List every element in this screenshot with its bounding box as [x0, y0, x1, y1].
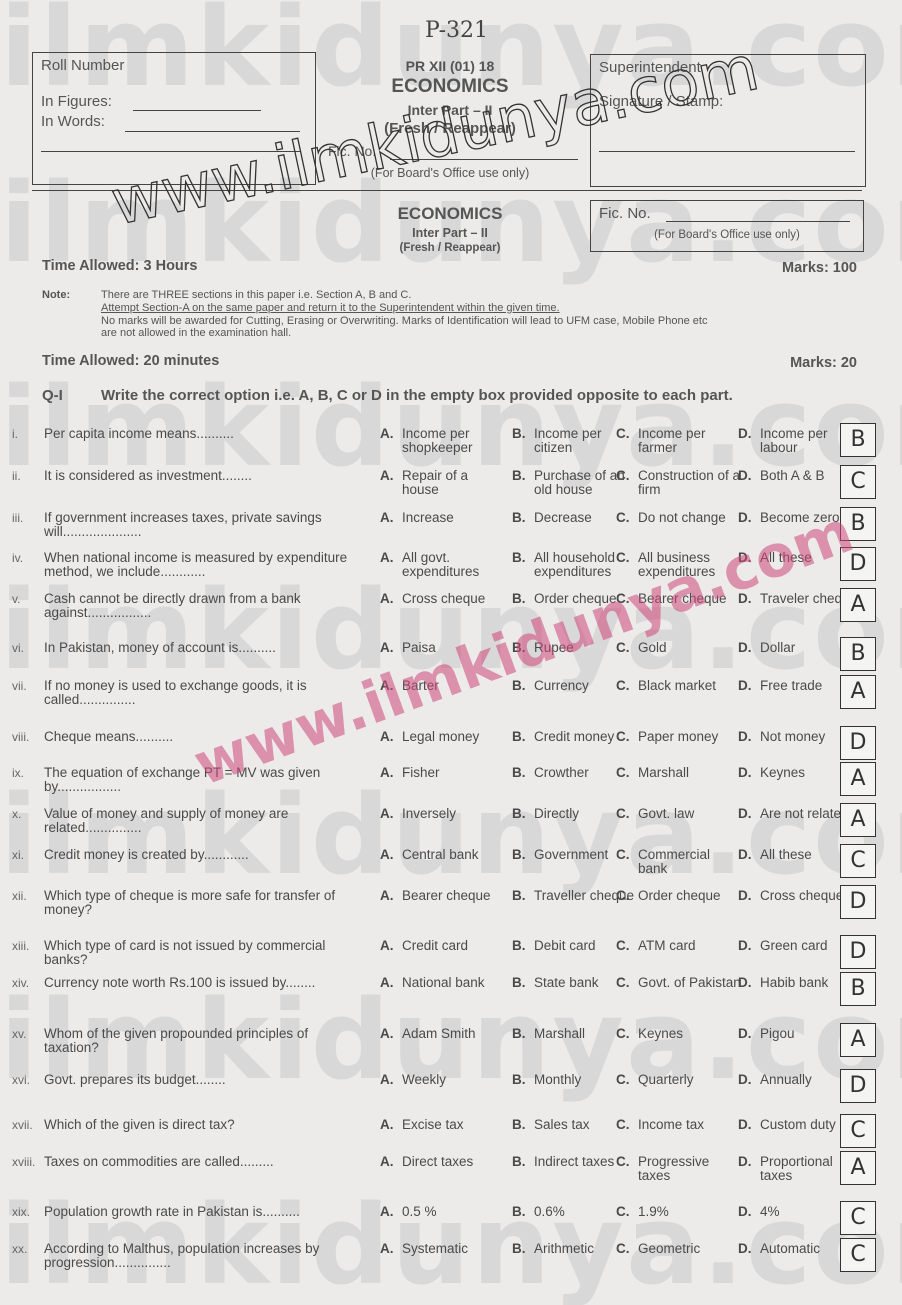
paper-code: PR XII (01) 18 [340, 58, 560, 74]
superintendent-title: Superintendent [599, 59, 701, 76]
mcq-option-c: C.Keynes [616, 1027, 741, 1041]
option-letter: A. [380, 1155, 402, 1169]
mcq-option-c: C.Marshall [616, 766, 741, 780]
option-letter: C. [616, 730, 638, 744]
mcq-number: iii. [12, 511, 23, 525]
option-letter: D. [738, 730, 760, 744]
mcq-question-text: Per capita income means.......... [44, 427, 364, 441]
mcq-option-c: C.ATM card [616, 939, 741, 953]
exam-type: (Fresh / Reappear) [340, 120, 560, 137]
signature-field[interactable] [599, 151, 855, 152]
subject-title: ECONOMICS [340, 76, 560, 98]
option-letter: C. [616, 1205, 638, 1219]
option-letter: A. [380, 889, 402, 903]
question-instruction: Write the correct option i.e. A, B, C or… [101, 387, 733, 404]
option-letter: D. [738, 641, 760, 655]
option-text: National bank [402, 976, 505, 990]
option-letter: D. [738, 889, 760, 903]
mcq-question-text: The equation of exchange PT = MV was giv… [44, 766, 364, 794]
mcq-option-a: A.Credit card [380, 939, 505, 953]
mcq-option-c: C.Govt. law [616, 807, 741, 821]
mcq-option-a: A.Repair of a house [380, 469, 505, 497]
option-text: Cross cheque [402, 592, 505, 606]
mcq-option-c: C.Order cheque [616, 889, 741, 903]
answer-box[interactable]: D [840, 726, 876, 760]
marks-total: Marks: 100 [782, 260, 857, 276]
mcq-option-a: A.All govt. expenditures [380, 551, 505, 579]
option-letter: A. [380, 641, 402, 655]
mcq-question-text: If government increases taxes, private s… [44, 511, 364, 539]
option-text: ATM card [638, 939, 741, 953]
option-text: Order cheque [638, 889, 741, 903]
mcq-question-text: Cheque means.......... [44, 730, 364, 744]
option-text: Construction of a firm [638, 469, 741, 497]
mcq-option-a: A.Legal money [380, 730, 505, 744]
answer-box[interactable]: C [840, 465, 876, 499]
option-letter: A. [380, 1027, 402, 1041]
option-letter: C. [616, 976, 638, 990]
mcq-option-a: A.Income per shopkeeper [380, 427, 505, 455]
in-words-field[interactable] [125, 131, 300, 132]
option-text: Repair of a house [402, 469, 505, 497]
option-letter: D. [738, 679, 760, 693]
option-letter: C. [616, 427, 638, 455]
mcq-option-c: C.Bearer cheque [616, 592, 741, 606]
answer-box[interactable]: B [840, 507, 876, 541]
mcq-option-a: A.Systematic [380, 1242, 505, 1256]
option-letter: C. [616, 1118, 638, 1132]
roll-number-box: Roll Number In Figures: In Words: [32, 52, 316, 185]
option-text: Systematic [402, 1242, 505, 1256]
option-letter: B. [512, 807, 534, 821]
option-text: Marshall [638, 766, 741, 780]
mcq-option-c: C.Govt. of Pakistan [616, 976, 741, 990]
mcq-question-text: Taxes on commodities are called......... [44, 1155, 364, 1169]
fic-no-field[interactable] [390, 159, 578, 160]
option-text: Commercial bank [638, 848, 741, 876]
answer-box[interactable]: D [840, 935, 876, 969]
option-letter: A. [380, 1242, 402, 1256]
option-text: Increase [402, 511, 505, 525]
superintendent-box: Superintendent Signature / Stamp: [590, 54, 866, 187]
mcq-question-text: When national income is measured by expe… [44, 551, 364, 579]
option-text: Adam Smith [402, 1027, 505, 1041]
option-letter: C. [616, 641, 638, 655]
answer-box[interactable]: C [840, 1238, 876, 1272]
option-letter: B. [512, 679, 534, 693]
answer-box[interactable]: D [840, 547, 876, 581]
mcq-question-text: Which type of cheque is more safe for tr… [44, 889, 364, 917]
option-text: Govt. of Pakistan [638, 976, 741, 990]
mcq-number: xvii. [12, 1118, 33, 1132]
time-allowed-section: Time Allowed: 20 minutes [42, 353, 219, 369]
mcq-question-text: Currency note worth Rs.100 is issued by.… [44, 976, 364, 990]
option-text: Inversely [402, 807, 505, 821]
option-letter: C. [616, 889, 638, 903]
option-letter: A. [380, 939, 402, 953]
mcq-question-text: In Pakistan, money of account is........… [44, 641, 364, 655]
answer-box[interactable]: C [840, 1114, 876, 1148]
part-label-2: Inter Part – II [350, 226, 550, 240]
mcq-option-a: A.Increase [380, 511, 505, 525]
option-letter: C. [616, 848, 638, 876]
option-letter: C. [616, 766, 638, 780]
mcq-number: vii. [12, 679, 27, 693]
mcq-number: i. [12, 427, 18, 441]
option-text: Geometric [638, 1242, 741, 1256]
option-letter: B. [512, 1242, 534, 1256]
option-letter: D. [738, 766, 760, 780]
mcq-option-c: C.Gold [616, 641, 741, 655]
option-letter: C. [616, 939, 638, 953]
answer-box[interactable]: B [840, 972, 876, 1006]
mcq-question-text: If no money is used to exchange goods, i… [44, 679, 364, 707]
mcq-question-text: Which type of card is not issued by comm… [44, 939, 364, 967]
option-text: Legal money [402, 730, 505, 744]
option-text: Direct taxes [402, 1155, 505, 1169]
answer-box[interactable]: A [840, 803, 876, 837]
mcq-option-a: A.0.5 % [380, 1205, 505, 1219]
option-letter: A. [380, 807, 402, 821]
answer-box[interactable]: A [840, 1151, 876, 1185]
option-letter: A. [380, 427, 402, 455]
answer-box[interactable]: C [840, 1201, 876, 1235]
option-letter: C. [616, 592, 638, 606]
mcq-option-c: C.Quarterly [616, 1073, 741, 1087]
answer-box[interactable]: B [840, 423, 876, 457]
mcq-option-a: A.Inversely [380, 807, 505, 821]
answer-box[interactable]: A [840, 1023, 876, 1057]
mcq-number: xiv. [12, 976, 29, 990]
part-label: Inter Part – II [340, 102, 560, 118]
option-letter: B. [512, 889, 534, 903]
mcq-number: xii. [12, 889, 27, 903]
note-label: Note: [42, 289, 70, 301]
mcq-number: xx. [12, 1242, 27, 1256]
option-text: Paper money [638, 730, 741, 744]
option-text: Income per shopkeeper [402, 427, 505, 455]
mcq-number: xviii. [12, 1155, 35, 1169]
mcq-option-c: C.Income per farmer [616, 427, 741, 455]
mcq-number: xi. [12, 848, 24, 862]
option-letter: A. [380, 592, 402, 606]
option-text: Fisher [402, 766, 505, 780]
option-letter: D. [738, 1118, 760, 1132]
option-letter: B. [512, 641, 534, 655]
mcq-number: v. [12, 592, 20, 606]
mcq-option-c: C.Paper money [616, 730, 741, 744]
option-text: Income tax [638, 1118, 741, 1132]
option-letter: C. [616, 1073, 638, 1087]
mcq-option-a: A.Adam Smith [380, 1027, 505, 1041]
mcq-question-text: It is considered as investment........ [44, 469, 364, 483]
mcq-option-a: A.National bank [380, 976, 505, 990]
option-letter: C. [616, 551, 638, 579]
fic-no-label-2: Fic. No. [599, 205, 651, 222]
option-text: 1.9% [638, 1205, 741, 1219]
option-text: Excise tax [402, 1118, 505, 1132]
option-letter: D. [738, 848, 760, 862]
option-letter: B. [512, 1155, 534, 1169]
option-letter: D. [738, 1205, 760, 1219]
option-letter: C. [616, 679, 638, 693]
answer-box[interactable]: D [840, 885, 876, 919]
option-letter: D. [738, 1155, 760, 1183]
mcq-number: xv. [12, 1027, 26, 1041]
note-line-1: There are THREE sections in this paper i… [101, 289, 411, 301]
mcq-option-a: A.Direct taxes [380, 1155, 505, 1169]
option-text: Black market [638, 679, 741, 693]
option-letter: B. [512, 848, 534, 862]
mcq-question-text: According to Malthus, population increas… [44, 1242, 364, 1270]
mcq-question-text: Value of money and supply of money are r… [44, 807, 364, 835]
option-letter: B. [512, 551, 534, 579]
option-letter: B. [512, 976, 534, 990]
option-text: Central bank [402, 848, 505, 862]
subject-title-2: ECONOMICS [350, 204, 550, 224]
option-letter: D. [738, 592, 760, 606]
mcq-option-c: C.Construction of a firm [616, 469, 741, 497]
mcq-option-c: C.Geometric [616, 1242, 741, 1256]
mcq-option-c: C.All business expenditures [616, 551, 741, 579]
fic-box: Fic. No. (For Board's Office use only) [590, 200, 864, 252]
mcq-number: xix. [12, 1205, 30, 1219]
option-text: Progressive taxes [638, 1155, 741, 1183]
office-use-note: (For Board's Office use only) [340, 166, 560, 180]
note-line-2: Attempt Section-A on the same paper and … [101, 302, 560, 314]
mcq-number: iv. [12, 551, 23, 565]
mcq-option-c: C.Do not change [616, 511, 741, 525]
marks-section: Marks: 20 [790, 355, 857, 371]
mcq-question-text: Which of the given is direct tax? [44, 1118, 364, 1132]
option-text: Bearer cheque [638, 592, 741, 606]
fic-no-field-2[interactable] [666, 221, 850, 222]
option-text: All business expenditures [638, 551, 741, 579]
option-letter: A. [380, 976, 402, 990]
in-words-label: In Words: [41, 113, 105, 130]
option-text: Bearer cheque [402, 889, 505, 903]
mcq-number: viii. [12, 730, 29, 744]
watermark: ilmkidunya.com [0, 780, 902, 890]
option-text: Do not change [638, 511, 741, 525]
option-letter: C. [616, 807, 638, 821]
in-figures-field[interactable] [133, 110, 261, 111]
option-letter: B. [512, 1073, 534, 1087]
mcq-option-c: C.Income tax [616, 1118, 741, 1132]
mcq-number: ix. [12, 766, 24, 780]
mcq-number: xvi. [12, 1073, 30, 1087]
mcq-number: ii. [12, 469, 21, 483]
option-letter: B. [512, 1027, 534, 1041]
mcq-number: vi. [12, 641, 24, 655]
option-letter: C. [616, 511, 638, 525]
mcq-option-a: A.Fisher [380, 766, 505, 780]
option-letter: C. [616, 1155, 638, 1183]
mcq-question-text: Cash cannot be directly drawn from a ban… [44, 592, 364, 620]
option-letter: D. [738, 1242, 760, 1256]
note-line-3: No marks will be awarded for Cutting, Er… [101, 315, 707, 327]
option-letter: A. [380, 730, 402, 744]
mcq-option-c: C.Progressive taxes [616, 1155, 741, 1183]
handwritten-paper-code: P-321 [425, 18, 488, 43]
option-letter: B. [512, 1205, 534, 1219]
mcq-option-a: A.Cross cheque [380, 592, 505, 606]
option-text: Credit card [402, 939, 505, 953]
in-words-field-line2[interactable] [41, 151, 301, 152]
roll-number-title: Roll Number [41, 57, 124, 74]
option-letter: D. [738, 551, 760, 565]
mcq-question-text: Population growth rate in Pakistan is...… [44, 1205, 364, 1219]
option-letter: A. [380, 766, 402, 780]
mcq-option-a: A.Weekly [380, 1073, 505, 1087]
option-letter: D. [738, 511, 760, 525]
option-letter: B. [512, 1118, 534, 1132]
mcq-option-a: A.Excise tax [380, 1118, 505, 1132]
option-letter: A. [380, 1118, 402, 1132]
in-figures-label: In Figures: [41, 93, 112, 110]
option-letter: D. [738, 807, 760, 821]
option-letter: D. [738, 976, 760, 990]
answer-box[interactable]: D [840, 1069, 876, 1103]
option-letter: B. [512, 766, 534, 780]
option-letter: A. [380, 1205, 402, 1219]
option-text: Gold [638, 641, 741, 655]
answer-box[interactable]: B [840, 637, 876, 671]
option-text: Paisa [402, 641, 505, 655]
signature-label: Signature / Stamp: [599, 93, 723, 110]
option-letter: B. [512, 730, 534, 744]
header-divider [32, 190, 862, 191]
option-text: Income per farmer [638, 427, 741, 455]
question-number: Q-I [42, 387, 63, 404]
option-letter: A. [380, 848, 402, 862]
mcq-option-a: A.Bearer cheque [380, 889, 505, 903]
mcq-option-c: C.Black market [616, 679, 741, 693]
office-use-note-2: (For Board's Office use only) [591, 229, 863, 241]
option-letter: B. [512, 939, 534, 953]
option-text: 0.5 % [402, 1205, 505, 1219]
time-allowed-total: Time Allowed: 3 Hours [42, 258, 198, 274]
option-letter: B. [512, 511, 534, 525]
option-letter: C. [616, 469, 638, 497]
answer-box[interactable]: C [840, 844, 876, 878]
mcq-question-text: Govt. prepares its budget........ [44, 1073, 364, 1087]
option-letter: D. [738, 1073, 760, 1087]
option-letter: D. [738, 427, 760, 455]
option-letter: A. [380, 1073, 402, 1087]
mcq-option-a: A.Central bank [380, 848, 505, 862]
exam-type-2: (Fresh / Reappear) [350, 242, 550, 254]
option-text: Barter [402, 679, 505, 693]
answer-box[interactable]: A [840, 588, 876, 622]
option-text: Keynes [638, 1027, 741, 1041]
option-letter: A. [380, 551, 402, 579]
answer-box[interactable]: A [840, 762, 876, 796]
mcq-option-c: C.Commercial bank [616, 848, 741, 876]
option-letter: B. [512, 427, 534, 455]
option-letter: C. [616, 1242, 638, 1256]
option-letter: D. [738, 939, 760, 953]
note-line-4: are not allowed in the examination hall. [101, 327, 291, 339]
option-letter: C. [616, 1027, 638, 1041]
option-letter: D. [738, 469, 760, 483]
mcq-option-a: A.Paisa [380, 641, 505, 655]
option-letter: B. [512, 469, 534, 497]
mcq-number: x. [12, 807, 21, 821]
mcq-option-a: A.Barter [380, 679, 505, 693]
answer-box[interactable]: A [840, 675, 876, 709]
fic-no-label: Fic. No. [328, 143, 376, 159]
mcq-number: xiii. [12, 939, 29, 953]
option-text: All govt. expenditures [402, 551, 505, 579]
option-letter: A. [380, 511, 402, 525]
mcq-option-c: C.1.9% [616, 1205, 741, 1219]
option-text: Govt. law [638, 807, 741, 821]
option-letter: A. [380, 469, 402, 497]
option-letter: B. [512, 592, 534, 606]
option-text: Weekly [402, 1073, 505, 1087]
option-text: Quarterly [638, 1073, 741, 1087]
mcq-question-text: Credit money is created by............ [44, 848, 364, 862]
option-letter: D. [738, 1027, 760, 1041]
mcq-question-text: Whom of the given propounded principles … [44, 1027, 364, 1055]
option-letter: A. [380, 679, 402, 693]
